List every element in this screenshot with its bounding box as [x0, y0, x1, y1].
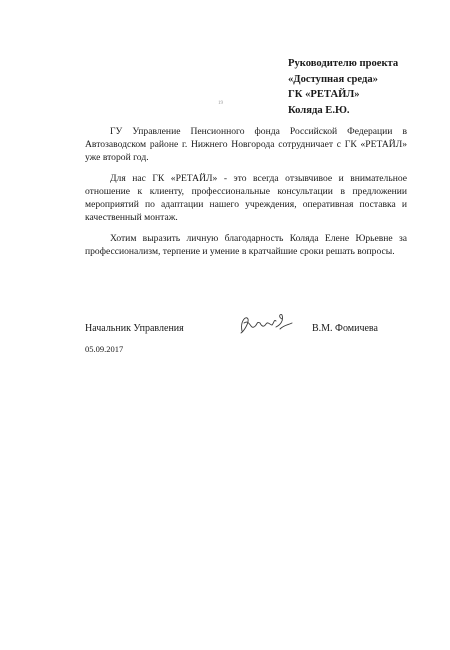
addressee-line-position: Руководителю проекта [288, 56, 398, 72]
signature-icon [236, 309, 294, 337]
addressee-line-project: «Доступная среда» [288, 72, 398, 88]
signatory-name: В.М. Фомичева [312, 323, 378, 334]
letter-date: 05.09.2017 [85, 344, 123, 354]
registration-mark: 19 [218, 101, 223, 106]
letter-page: Руководителю проекта «Доступная среда» Г… [0, 0, 450, 650]
paragraph-service: Для нас ГК «РЕТАЙЛ» - это всегда отзывчи… [85, 172, 407, 224]
signatory-position: Начальник Управления [85, 323, 184, 334]
addressee-line-company: ГК «РЕТАЙЛ» [288, 87, 398, 103]
paragraph-cooperation: ГУ Управление Пенсионного фонда Российск… [85, 125, 407, 164]
paragraph-gratitude: Хотим выразить личную благодарность Коля… [85, 232, 407, 258]
letter-body: ГУ Управление Пенсионного фонда Российск… [85, 125, 407, 258]
addressee-line-name: Коляда Е.Ю. [288, 103, 398, 119]
addressee-block: Руководителю проекта «Доступная среда» Г… [288, 56, 398, 118]
